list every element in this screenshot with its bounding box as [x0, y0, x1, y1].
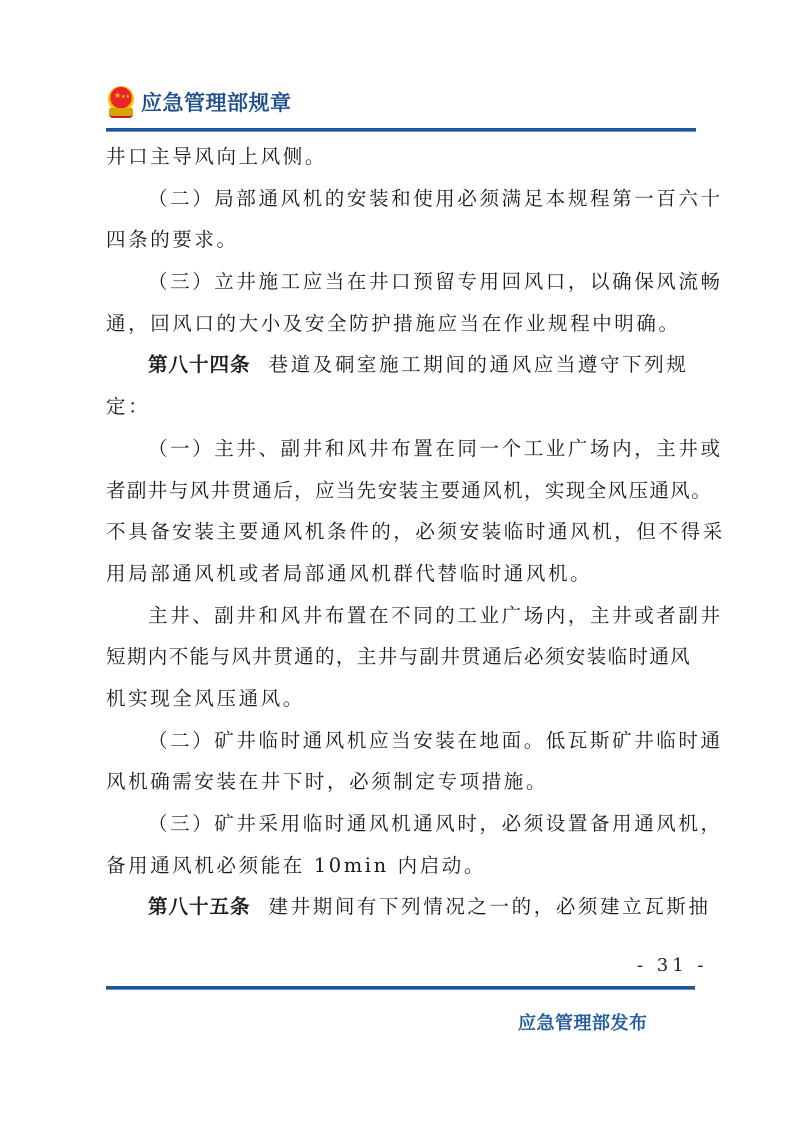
footer-publisher: 应急管理部发布 — [518, 1009, 648, 1035]
article-heading: 第八十四条 — [148, 353, 251, 376]
text-line: 者副井与风井贯通后，应当先安装主要通风机，实现全风压通风。 — [106, 470, 696, 512]
text-line: 主井、副井和风井布置在不同的工业广场内，主井或者副井 — [106, 595, 696, 637]
text-line: （二）局部通风机的安装和使用必须满足本规程第一百六十 — [106, 178, 696, 220]
header-divider — [106, 128, 696, 132]
article-text: 建井期间有下列情况之一的，必须建立瓦斯抽 — [269, 895, 711, 918]
text-line: 定： — [106, 386, 696, 428]
national-emblem-icon: ★★★ — [106, 86, 136, 118]
text-line: 四条的要求。 — [106, 219, 696, 261]
article-text: 巷道及硐室施工期间的通风应当遵守下列规 — [269, 353, 689, 376]
text-line: （三）立井施工应当在井口预留专用回风口，以确保风流畅 — [106, 261, 696, 303]
page-number: - 31 - — [637, 955, 708, 976]
text-line: 备用通风机必须能在 10min 内启动。 — [106, 845, 696, 887]
article-line: 第八十五条建井期间有下列情况之一的，必须建立瓦斯抽 — [106, 886, 696, 928]
text-line: 不具备安装主要通风机条件的，必须安装临时通风机，但不得采 — [106, 511, 696, 553]
text-line: 短期内不能与风井贯通的，主井与副井贯通后必须安装临时通风 — [106, 636, 696, 678]
footer-divider — [106, 986, 695, 990]
text-line: 通，回风口的大小及安全防护措施应当在作业规程中明确。 — [106, 303, 696, 345]
article-line: 第八十四条巷道及硐室施工期间的通风应当遵守下列规 — [106, 344, 696, 386]
text-line: （一）主井、副井和风井布置在同一个工业广场内，主井或 — [106, 428, 696, 470]
header-title: 应急管理部规章 — [141, 87, 292, 117]
page-header: ★★★ 应急管理部规章 — [106, 84, 292, 120]
text-line: （三）矿井采用临时通风机通风时，必须设置备用通风机， — [106, 803, 696, 845]
text-line: 用局部通风机或者局部通风机群代替临时通风机。 — [106, 553, 696, 595]
document-body: 井口主导风向上风侧。 （二）局部通风机的安装和使用必须满足本规程第一百六十 四条… — [106, 136, 696, 928]
text-line: 井口主导风向上风侧。 — [106, 136, 696, 178]
text-line: （二）矿井临时通风机应当安装在地面。低瓦斯矿井临时通 — [106, 720, 696, 762]
article-heading: 第八十五条 — [148, 895, 251, 918]
text-line: 机实现全风压通风。 — [106, 678, 696, 720]
text-line: 风机确需安装在井下时，必须制定专项措施。 — [106, 761, 696, 803]
